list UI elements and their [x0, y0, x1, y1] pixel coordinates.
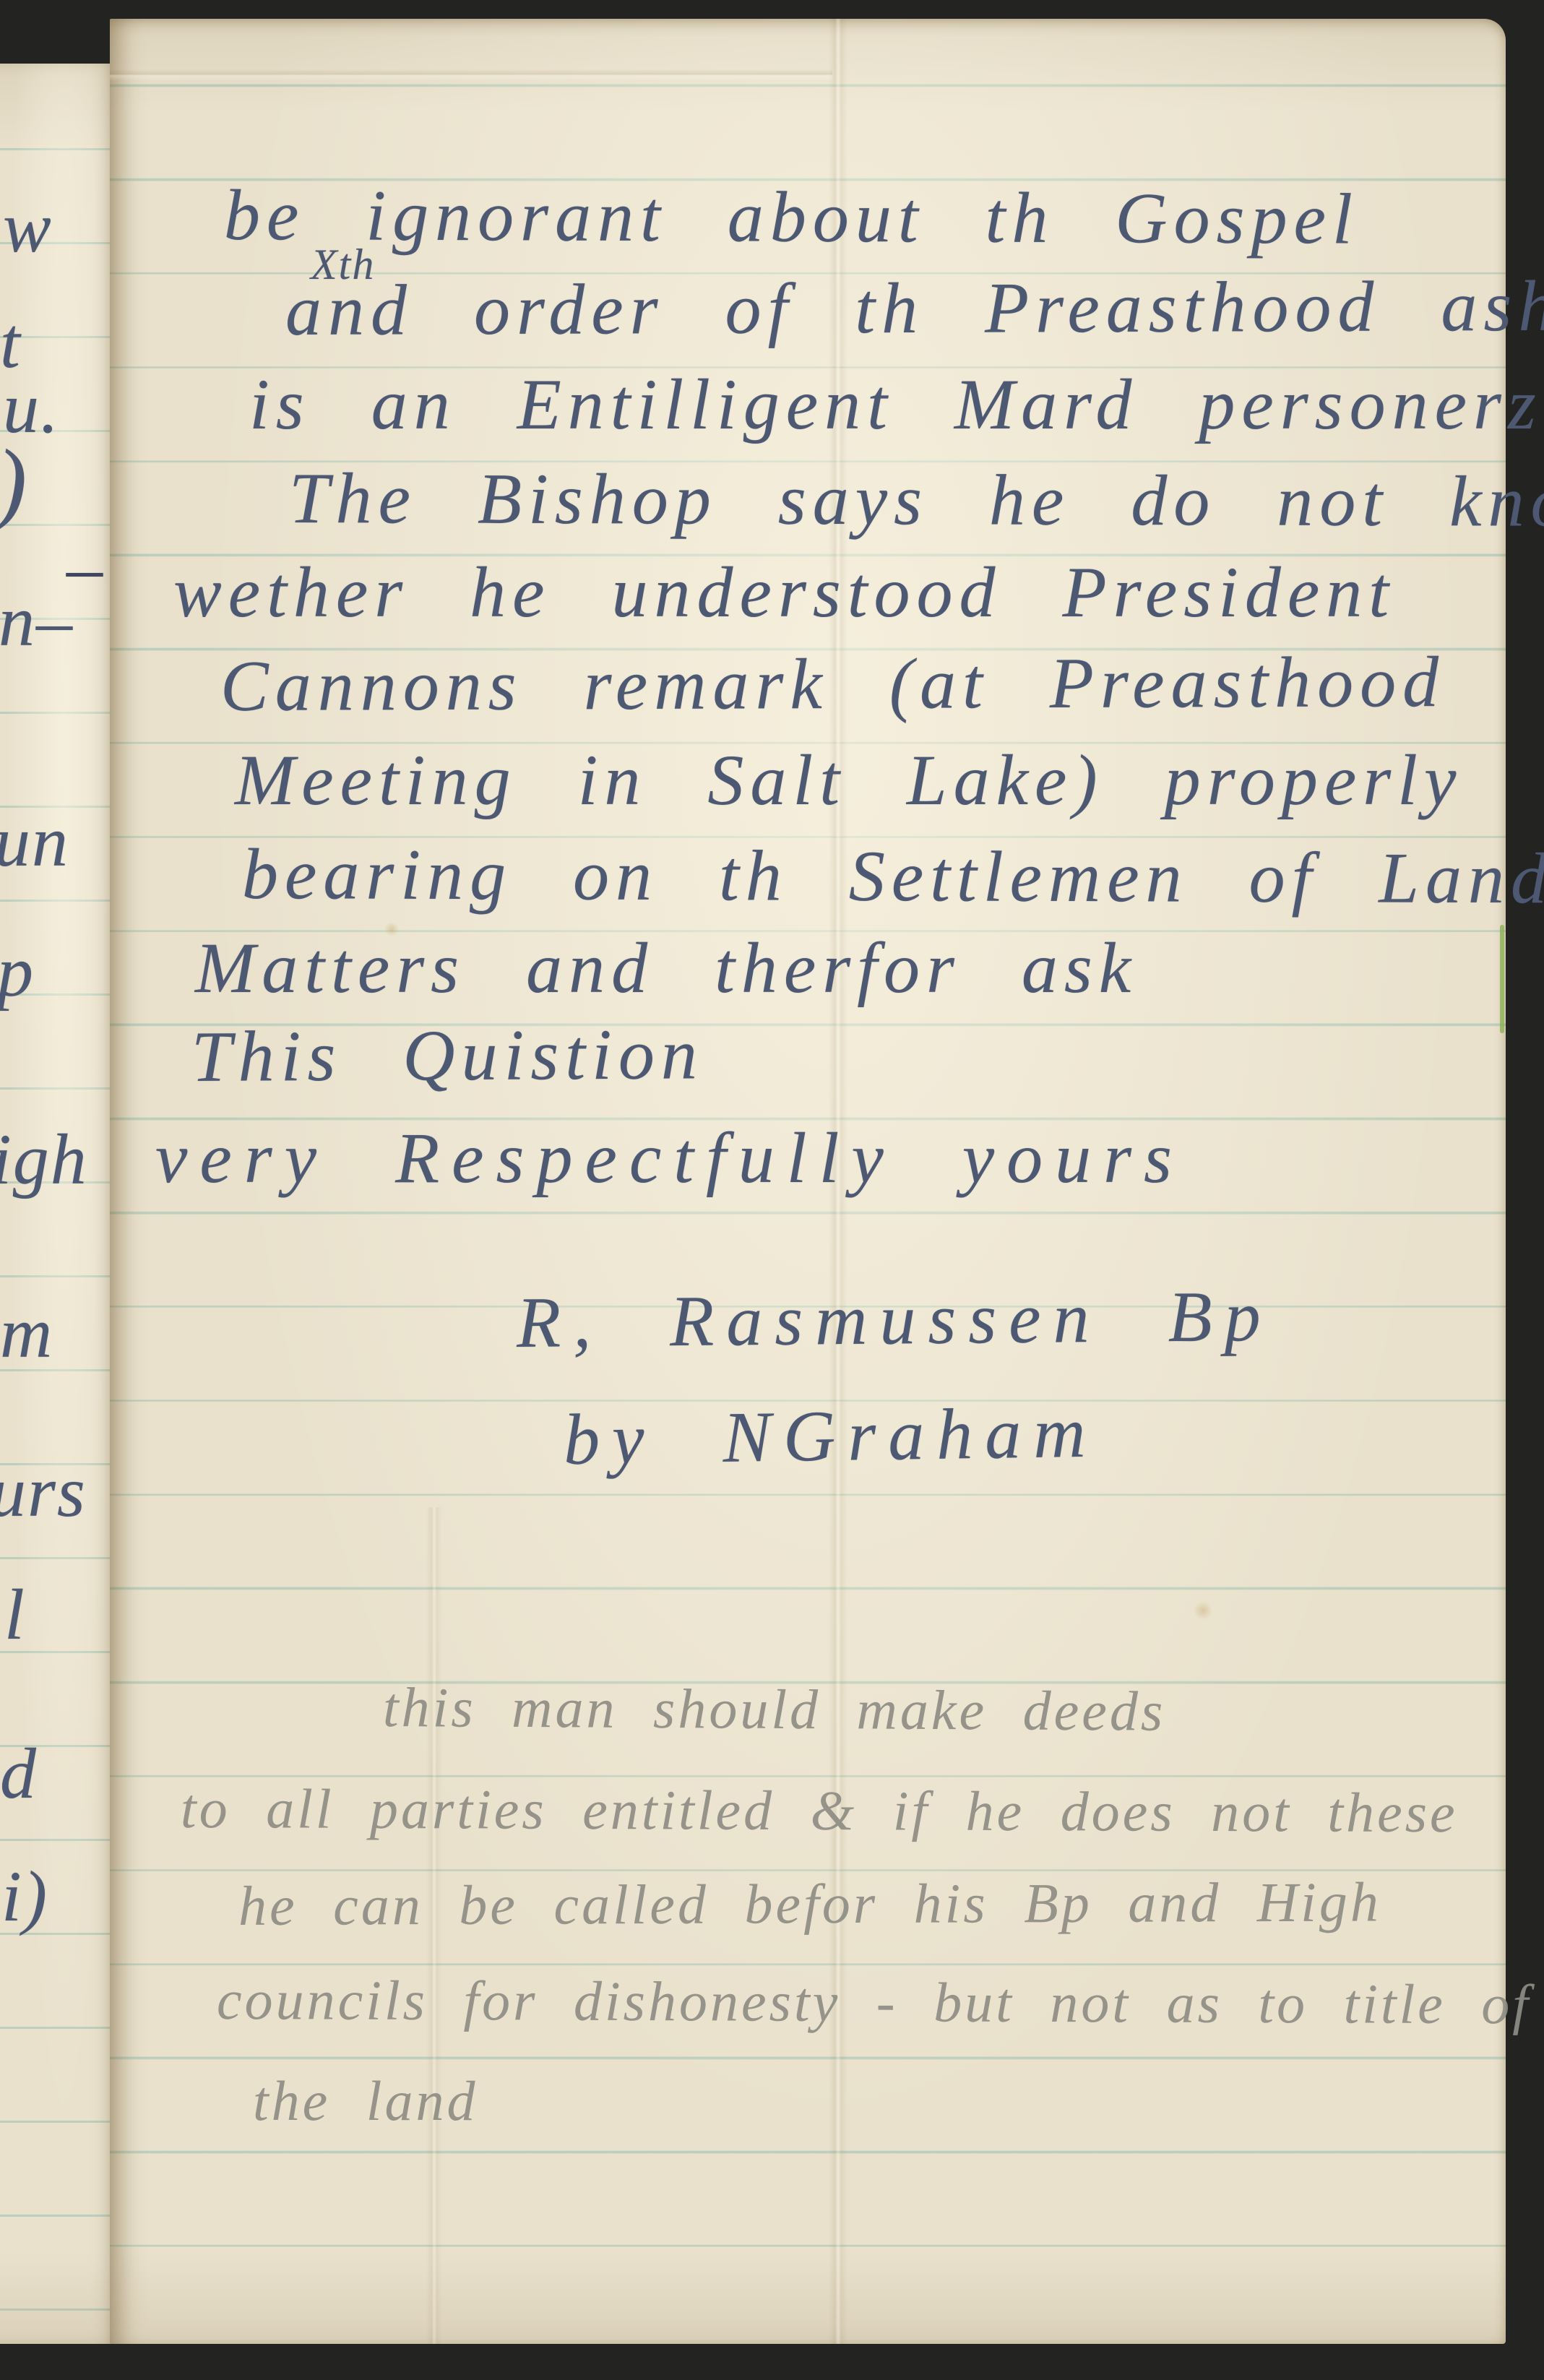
letter-line: and order of th Preasthood ashe — [285, 263, 1544, 354]
left-page-text-fragment: ) — [0, 426, 28, 539]
letter-line: Meeting in Salt Lake) properly — [235, 737, 1462, 824]
left-page-text-fragment: p — [0, 928, 35, 1015]
scanned-letter-view: w t u. ) un– un p igh m urs l d i) be ig… — [0, 0, 1544, 2380]
pencil-annotation-line: councils for dishonesty - but not as to … — [217, 1967, 1531, 2037]
letter-line: Matters and therfor ask — [195, 925, 1137, 1012]
paper-stain — [1194, 1601, 1212, 1620]
left-page-edge: w t u. ) un– un p igh m urs l d i) — [0, 64, 123, 2344]
left-page-text-fragment: i) — [1, 1853, 48, 1940]
left-page-text-fragment: d — [0, 1730, 38, 1817]
margin-dash: – — [66, 525, 104, 611]
letter-line: Cannons remark (at Preasthood — [220, 639, 1446, 730]
left-page-text-fragment: un — [0, 798, 69, 885]
letter-line: This Quistion — [191, 1011, 704, 1100]
letter-line: wether he understood President — [173, 549, 1395, 636]
left-page-text-fragment: igh — [0, 1116, 88, 1203]
left-page-text-fragment: urs — [0, 1449, 87, 1535]
letter-line: be ignorant about th Gospel — [224, 172, 1359, 262]
pencil-annotation-line: this man should make deeds — [383, 1675, 1166, 1743]
signature-line: by NGraham — [563, 1389, 1098, 1483]
letter-line: very Respectfully yours — [155, 1115, 1184, 1202]
letter-line: The Bishop says he do not know — [289, 455, 1544, 546]
pencil-annotation-line: he can be called befor his Bp and High — [238, 1869, 1381, 1938]
pencil-annotation-line: the land — [253, 2069, 478, 2134]
left-page-text-fragment: m — [0, 1290, 53, 1376]
fold-crease-horizontal — [110, 69, 832, 81]
letter-page: be ignorant about th Gospel Xth and orde… — [110, 19, 1506, 2344]
signature-line: R, Rasmussen Bp — [516, 1273, 1273, 1366]
letter-line: bearing on th Settlemen of Land — [242, 831, 1544, 922]
scan-edge-artifact — [1500, 925, 1504, 1033]
left-page-text-fragment: l — [4, 1571, 26, 1658]
letter-line: is an Entilligent Mard personerz — [249, 361, 1543, 448]
left-page-text-fragment: w — [3, 184, 53, 271]
left-page-text-fragment: un– — [0, 578, 74, 665]
pencil-annotation-line: to all parties entitled & if he does not… — [181, 1776, 1458, 1845]
